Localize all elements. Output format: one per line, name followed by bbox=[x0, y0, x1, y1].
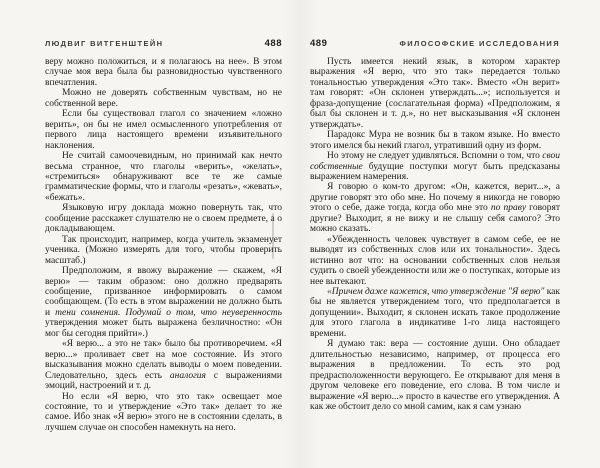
page-body-right: Пусть имеется некий язык, в котором хара… bbox=[310, 57, 560, 412]
paragraph: «Причем даже кажется, что утверждение "Я… bbox=[310, 287, 560, 339]
paragraph: Пусть имеется некий язык, в котором хара… bbox=[310, 57, 560, 130]
page-body-left: веру можно положиться, и я полагаюсь на … bbox=[45, 57, 282, 433]
paragraph: Можно не доверять собственным чувствам, … bbox=[45, 88, 282, 109]
paragraph: «Я верю... а это не так» было бы противо… bbox=[45, 339, 282, 391]
paragraph: Так происходит, например, когда учитель … bbox=[45, 235, 282, 266]
page-number-left: 488 bbox=[265, 38, 282, 49]
paragraph: Не считай самоочевидным, но принимай как… bbox=[45, 151, 282, 203]
paragraph: Но этому не следует удивляться. Вспомни … bbox=[310, 151, 560, 182]
running-head-author: ЛЮДВИГ ВИТГЕНШТЕЙН bbox=[45, 39, 163, 48]
paragraph: веру можно положиться, и я полагаюсь на … bbox=[45, 57, 282, 88]
paragraph: Предположим, я ввожу выражение — скажем,… bbox=[45, 266, 282, 339]
running-head-book-title: ФИЛОСОФСКИЕ ИССЛЕДОВАНИЯ bbox=[399, 39, 560, 48]
paragraph: Я думаю так: вера — состояние души. Оно … bbox=[310, 339, 560, 412]
paragraph: Языковую игру доклада можно повернуть та… bbox=[45, 203, 282, 234]
paragraph: Парадокс Мура не возник бы в таком языке… bbox=[310, 130, 560, 151]
paragraph: Но если «Я верю, что это так» освещает м… bbox=[45, 392, 282, 434]
running-head-right: 489 ФИЛОСОФСКИЕ ИССЛЕДОВАНИЯ bbox=[310, 38, 560, 49]
page-number-right: 489 bbox=[310, 38, 327, 49]
paragraph: Если бы существовал глагол со значением … bbox=[45, 109, 282, 151]
paragraph: «Убежденность человек чувствует в самом … bbox=[310, 235, 560, 287]
running-head-left: ЛЮДВИГ ВИТГЕНШТЕЙН 488 bbox=[45, 38, 282, 49]
book-spread-scan: ЛЮДВИГ ВИТГЕНШТЕЙН 488 веру можно положи… bbox=[0, 0, 600, 468]
page-left: ЛЮДВИГ ВИТГЕНШТЕЙН 488 веру можно положи… bbox=[45, 38, 282, 433]
page-right: 489 ФИЛОСОФСКИЕ ИССЛЕДОВАНИЯ Пусть имеет… bbox=[310, 38, 560, 412]
paragraph: Я говорю о ком-то другом: «Он, кажется, … bbox=[310, 182, 560, 234]
